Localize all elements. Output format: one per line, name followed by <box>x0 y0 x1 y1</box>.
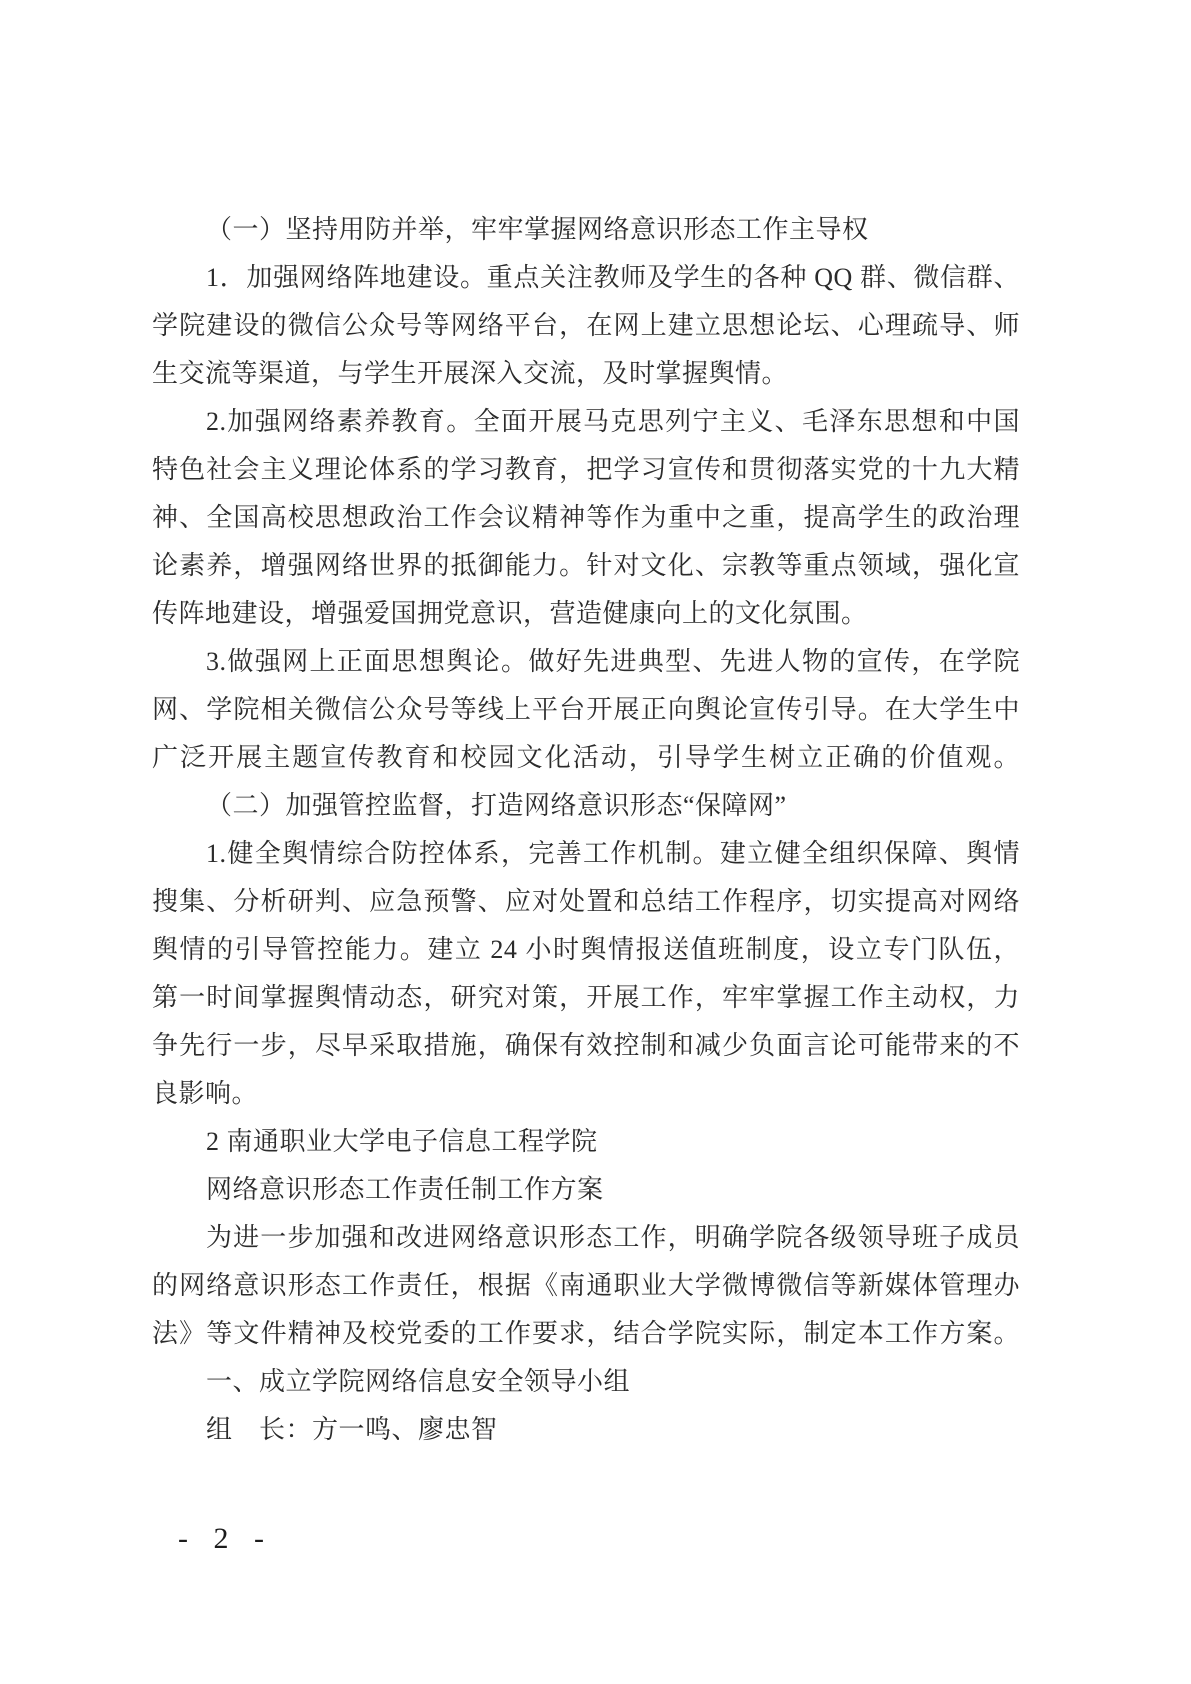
text-line: 1.健全舆情综合防控体系，完善工作机制。建立健全组织保障、舆情 <box>152 830 1020 878</box>
document-page: （一）坚持用防并举，牢牢掌握网络意识形态工作主导权1．加强网络阵地建设。重点关注… <box>0 0 1191 1684</box>
text-line: 学院建设的微信公众号等网络平台，在网上建立思想论坛、心理疏导、师 <box>152 302 1020 350</box>
text-line: 争先行一步，尽早采取措施，确保有效控制和减少负面言论可能带来的不 <box>152 1022 1020 1070</box>
text-line: 1．加强网络阵地建设。重点关注教师及学生的各种 QQ 群、微信群、 <box>152 254 1020 302</box>
text-line: （二）加强管控监督，打造网络意识形态“保障网” <box>152 782 1020 830</box>
text-line: 良影响。 <box>152 1070 1020 1118</box>
text-line: 的网络意识形态工作责任，根据《南通职业大学微博微信等新媒体管理办 <box>152 1262 1020 1310</box>
text-line: （一）坚持用防并举，牢牢掌握网络意识形态工作主导权 <box>152 206 1020 254</box>
text-line: 法》等文件精神及校党委的工作要求，结合学院实际，制定本工作方案。 <box>152 1310 1020 1358</box>
text-line: 组 长：方一鸣、廖忠智 <box>152 1406 1020 1454</box>
text-line: 为进一步加强和改进网络意识形态工作，明确学院各级领导班子成员 <box>152 1214 1020 1262</box>
text-line: 一、成立学院网络信息安全领导小组 <box>152 1358 1020 1406</box>
text-line: 神、全国高校思想政治工作会议精神等作为重中之重，提高学生的政治理 <box>152 494 1020 542</box>
page-number: - 2 - <box>178 1522 273 1556</box>
text-line: 搜集、分析研判、应急预警、应对处置和总结工作程序，切实提高对网络 <box>152 878 1020 926</box>
text-line: 特色社会主义理论体系的学习教育，把学习宣传和贯彻落实党的十九大精 <box>152 446 1020 494</box>
text-line: 舆情的引导管控能力。建立 24 小时舆情报送值班制度，设立专门队伍， <box>152 926 1020 974</box>
text-line: 第一时间掌握舆情动态，研究对策，开展工作，牢牢掌握工作主动权，力 <box>152 974 1020 1022</box>
text-line: 生交流等渠道，与学生开展深入交流，及时掌握舆情。 <box>152 350 1020 398</box>
text-line: 3.做强网上正面思想舆论。做好先进典型、先进人物的宣传，在学院 <box>152 638 1020 686</box>
text-line: 网、学院相关微信公众号等线上平台开展正向舆论宣传引导。在大学生中 <box>152 686 1020 734</box>
text-line: 网络意识形态工作责任制工作方案 <box>152 1166 1020 1214</box>
document-body: （一）坚持用防并举，牢牢掌握网络意识形态工作主导权1．加强网络阵地建设。重点关注… <box>152 206 1020 1454</box>
text-line: 2.加强网络素养教育。全面开展马克思列宁主义、毛泽东思想和中国 <box>152 398 1020 446</box>
text-line: 2 南通职业大学电子信息工程学院 <box>152 1118 1020 1166</box>
text-line: 广泛开展主题宣传教育和校园文化活动，引导学生树立正确的价值观。 <box>152 734 1020 782</box>
text-line: 传阵地建设，增强爱国拥党意识，营造健康向上的文化氛围。 <box>152 590 1020 638</box>
text-line: 论素养，增强网络世界的抵御能力。针对文化、宗教等重点领域，强化宣 <box>152 542 1020 590</box>
